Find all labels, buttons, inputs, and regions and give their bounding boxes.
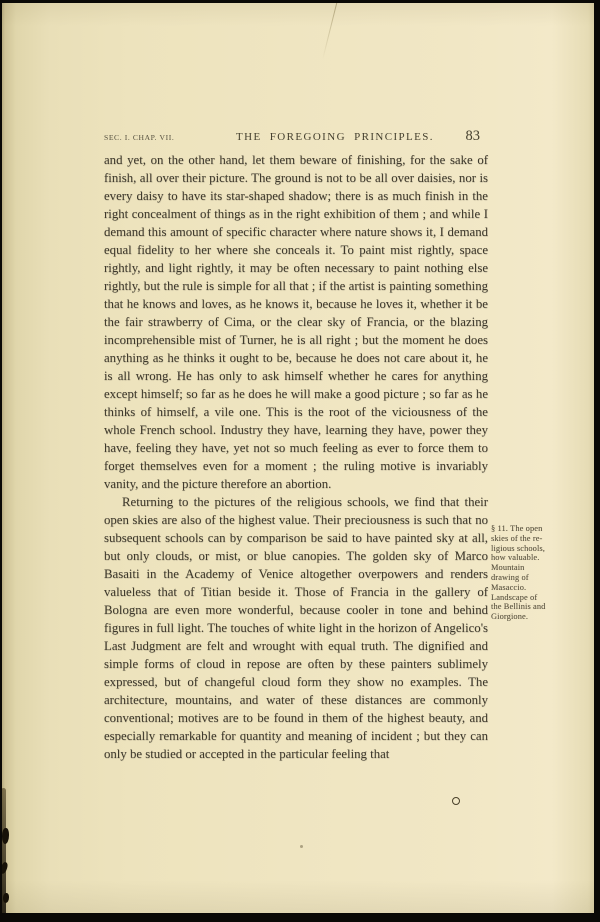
binding-blotch — [2, 828, 9, 844]
margin-note-line: Giorgione. — [491, 612, 587, 622]
main-text-column: and yet, on the other hand, let them bew… — [104, 151, 488, 763]
scan-edge-top — [0, 0, 600, 3]
margin-note-line: Mountain — [491, 563, 587, 573]
paper-speck — [300, 845, 303, 848]
margin-note-line: ligious schools, — [491, 544, 587, 554]
margin-sidenote: § 11. The openskies of the re-ligious sc… — [491, 524, 587, 622]
page-header: SEC. I. CHAP. VII. THE FOREGOING PRINCIP… — [104, 128, 488, 145]
margin-note-line: skies of the re- — [491, 534, 587, 544]
ink-speck — [452, 797, 460, 805]
page-number: 83 — [446, 128, 488, 145]
margin-note-line: the Bellinis and — [491, 602, 587, 612]
scan-edge-right — [594, 0, 600, 922]
binding-blotch — [3, 893, 9, 903]
paragraph-2: Returning to the pictures of the religio… — [104, 493, 488, 763]
paper-crease — [322, 0, 338, 59]
scan-edge-bottom — [0, 913, 600, 922]
book-page-scan: SEC. I. CHAP. VII. THE FOREGOING PRINCIP… — [0, 0, 600, 922]
margin-note-line: drawing of — [491, 573, 587, 583]
margin-note-line: Masaccio. — [491, 583, 587, 593]
running-title: THE FOREGOING PRINCIPLES. — [224, 131, 446, 143]
margin-note-line: § 11. The open — [491, 524, 587, 534]
paper-speck — [210, 306, 213, 308]
section-chapter-label: SEC. I. CHAP. VII. — [104, 133, 224, 142]
paragraph-1: and yet, on the other hand, let them bew… — [104, 151, 488, 493]
scan-edge-left — [0, 0, 2, 922]
margin-note-line: how valuable. — [491, 553, 587, 563]
margin-note-line: Landscape of — [491, 593, 587, 603]
